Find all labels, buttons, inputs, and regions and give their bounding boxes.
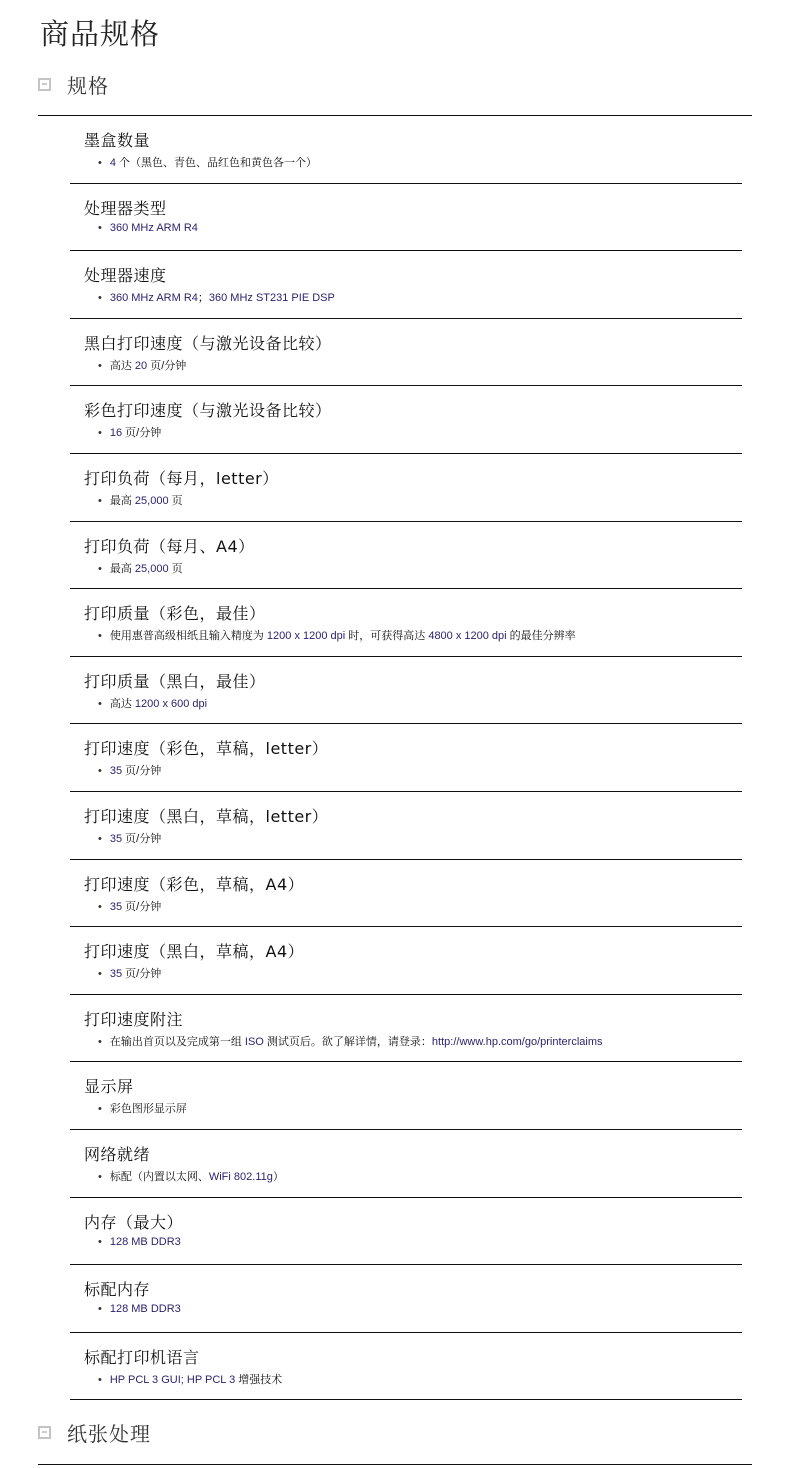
spec-value: •16 页/分钟 <box>98 424 161 440</box>
spec-value-text: 360 MHz ARM R4 <box>110 222 198 234</box>
collapse-toggle-icon[interactable] <box>38 78 51 91</box>
spec-row: 打印速度（彩色，草稿，letter）•35 页/分钟 <box>70 724 742 792</box>
spec-value: •HP PCL 3 GUI; HP PCL 3 增强技术 <box>98 1371 282 1387</box>
spec-value-text: 在输出首页以及完成第一组 ISO 测试页后。欲了解详情，请登录：http://w… <box>110 1036 603 1048</box>
spec-row: 网络就绪•标配（内置以太网、WiFi 802.11g） <box>70 1130 742 1198</box>
bullet-icon: • <box>98 1236 102 1248</box>
spec-row: 标配内存•128 MB DDR3 <box>70 1265 742 1333</box>
bullet-icon: • <box>98 292 102 304</box>
section-title: 规格 <box>67 70 109 99</box>
bullet-icon: • <box>98 1171 102 1183</box>
spec-value: •最高 25,000 页 <box>98 560 183 576</box>
spec-row: 标配打印机语言•HP PCL 3 GUI; HP PCL 3 增强技术 <box>70 1333 742 1401</box>
bullet-icon: • <box>98 765 102 777</box>
spec-row: 内存（最大）•128 MB DDR3 <box>70 1198 742 1266</box>
spec-label: 彩色打印速度（与激光设备比较） <box>84 398 332 421</box>
spec-value: •最高 25,000 页 <box>98 492 183 508</box>
spec-value: •360 MHz ARM R4 <box>98 222 198 234</box>
section-title: 纸张处理 <box>67 1418 151 1447</box>
spec-value-text: 128 MB DDR3 <box>110 1303 181 1315</box>
bullet-icon: • <box>98 1103 102 1115</box>
bullet-icon: • <box>98 222 102 234</box>
spec-row: 处理器速度•360 MHz ARM R4；360 MHz ST231 PIE D… <box>70 251 742 319</box>
spec-label: 黑白打印速度（与激光设备比较） <box>84 331 332 354</box>
spec-value-text: 最高 25,000 页 <box>110 563 183 575</box>
spec-value: •35 页/分钟 <box>98 762 161 778</box>
spec-label: 打印速度（黑白，草稿，letter） <box>84 804 328 827</box>
bullet-icon: • <box>98 157 102 169</box>
spec-value: •128 MB DDR3 <box>98 1236 181 1248</box>
bullet-icon: • <box>98 360 102 372</box>
collapse-toggle-icon[interactable] <box>38 1426 51 1439</box>
bullet-icon: • <box>98 427 102 439</box>
spec-label: 打印质量（黑白，最佳） <box>84 669 266 692</box>
spec-value-text: 35 页/分钟 <box>110 765 161 777</box>
bullet-icon: • <box>98 563 102 575</box>
bullet-icon: • <box>98 1036 102 1048</box>
spec-row: 打印负荷（每月，letter）•最高 25,000 页 <box>70 454 742 522</box>
spec-row: 墨盒数量•4 个（黑色、青色、品红色和黄色各一个） <box>70 116 742 184</box>
spec-label: 打印速度（彩色，草稿，letter） <box>84 736 328 759</box>
spec-value-text: 4 个（黑色、青色、品红色和黄色各一个） <box>110 157 317 169</box>
spec-value-text: 彩色图形显示屏 <box>110 1103 187 1115</box>
spec-row: 打印速度（彩色，草稿，A4）•35 页/分钟 <box>70 860 742 928</box>
spec-label: 打印速度（彩色，草稿，A4） <box>84 872 304 895</box>
spec-value: •彩色图形显示屏 <box>98 1100 187 1116</box>
bullet-icon: • <box>98 1303 102 1315</box>
spec-value: •高达 20 页/分钟 <box>98 357 186 373</box>
section-divider <box>38 1464 752 1465</box>
bullet-icon: • <box>98 901 102 913</box>
spec-row: 黑白打印速度（与激光设备比较）•高达 20 页/分钟 <box>70 319 742 387</box>
spec-label: 打印速度附注 <box>84 1007 183 1030</box>
spec-value-text: 最高 25,000 页 <box>110 495 183 507</box>
spec-value: •360 MHz ARM R4；360 MHz ST231 PIE DSP <box>98 289 335 305</box>
spec-label: 标配打印机语言 <box>84 1345 200 1368</box>
section-header-specs[interactable]: 规格 <box>38 69 109 99</box>
spec-value-text: 高达 20 页/分钟 <box>110 360 186 372</box>
spec-value: •35 页/分钟 <box>98 898 161 914</box>
spec-value: •4 个（黑色、青色、品红色和黄色各一个） <box>98 154 317 170</box>
page-title: 商品规格 <box>40 12 160 53</box>
spec-row: 彩色打印速度（与激光设备比较）•16 页/分钟 <box>70 386 742 454</box>
spec-value-text: 35 页/分钟 <box>110 968 161 980</box>
spec-value: •在输出首页以及完成第一组 ISO 测试页后。欲了解详情，请登录：http://… <box>98 1033 603 1049</box>
spec-row: 打印速度（黑白，草稿，letter）•35 页/分钟 <box>70 792 742 860</box>
spec-value: •128 MB DDR3 <box>98 1303 181 1315</box>
spec-label: 打印质量（彩色，最佳） <box>84 601 266 624</box>
spec-label: 打印速度（黑白，草稿，A4） <box>84 939 304 962</box>
spec-value: •35 页/分钟 <box>98 830 161 846</box>
spec-value-text: 35 页/分钟 <box>110 901 161 913</box>
spec-row: 处理器类型•360 MHz ARM R4 <box>70 184 742 252</box>
spec-row: 打印质量（彩色，最佳）•使用惠普高级相纸且输入精度为 1200 x 1200 d… <box>70 589 742 657</box>
spec-value-text: 360 MHz ARM R4；360 MHz ST231 PIE DSP <box>110 292 335 304</box>
spec-value-text: 使用惠普高级相纸且输入精度为 1200 x 1200 dpi 时，可获得高达 4… <box>110 630 576 642</box>
bullet-icon: • <box>98 833 102 845</box>
spec-row: 打印速度（黑白，草稿，A4）•35 页/分钟 <box>70 927 742 995</box>
bullet-icon: • <box>98 1374 102 1386</box>
spec-value-text: 16 页/分钟 <box>110 427 161 439</box>
spec-label: 标配内存 <box>84 1277 150 1300</box>
spec-value-text: 标配（内置以太网、WiFi 802.11g） <box>110 1171 284 1183</box>
spec-value: •35 页/分钟 <box>98 965 161 981</box>
spec-label: 网络就绪 <box>84 1142 150 1165</box>
spec-value: •高达 1200 x 600 dpi <box>98 695 207 711</box>
section-header-paper-handling[interactable]: 纸张处理 <box>38 1417 151 1447</box>
spec-row: 显示屏•彩色图形显示屏 <box>70 1062 742 1130</box>
spec-value-text: 35 页/分钟 <box>110 833 161 845</box>
spec-label: 处理器速度 <box>84 263 167 286</box>
spec-label: 显示屏 <box>84 1074 134 1097</box>
bullet-icon: • <box>98 630 102 642</box>
spec-label: 处理器类型 <box>84 196 167 219</box>
spec-row: 打印速度附注•在输出首页以及完成第一组 ISO 测试页后。欲了解详情，请登录：h… <box>70 995 742 1063</box>
spec-row: 打印负荷（每月、A4）•最高 25,000 页 <box>70 522 742 590</box>
spec-value: •标配（内置以太网、WiFi 802.11g） <box>98 1168 284 1184</box>
spec-value-text: HP PCL 3 GUI; HP PCL 3 增强技术 <box>110 1374 282 1386</box>
spec-label: 打印负荷（每月、A4） <box>84 534 255 557</box>
bullet-icon: • <box>98 698 102 710</box>
bullet-icon: • <box>98 968 102 980</box>
spec-label: 墨盒数量 <box>84 128 150 151</box>
spec-list: 墨盒数量•4 个（黑色、青色、品红色和黄色各一个）处理器类型•360 MHz A… <box>70 116 742 1400</box>
spec-value-text: 128 MB DDR3 <box>110 1236 181 1248</box>
spec-row: 打印质量（黑白，最佳）•高达 1200 x 600 dpi <box>70 657 742 725</box>
spec-value: •使用惠普高级相纸且输入精度为 1200 x 1200 dpi 时，可获得高达 … <box>98 627 576 643</box>
spec-label: 内存（最大） <box>84 1210 183 1233</box>
spec-value-text: 高达 1200 x 600 dpi <box>110 698 207 710</box>
bullet-icon: • <box>98 495 102 507</box>
spec-label: 打印负荷（每月，letter） <box>84 466 279 489</box>
